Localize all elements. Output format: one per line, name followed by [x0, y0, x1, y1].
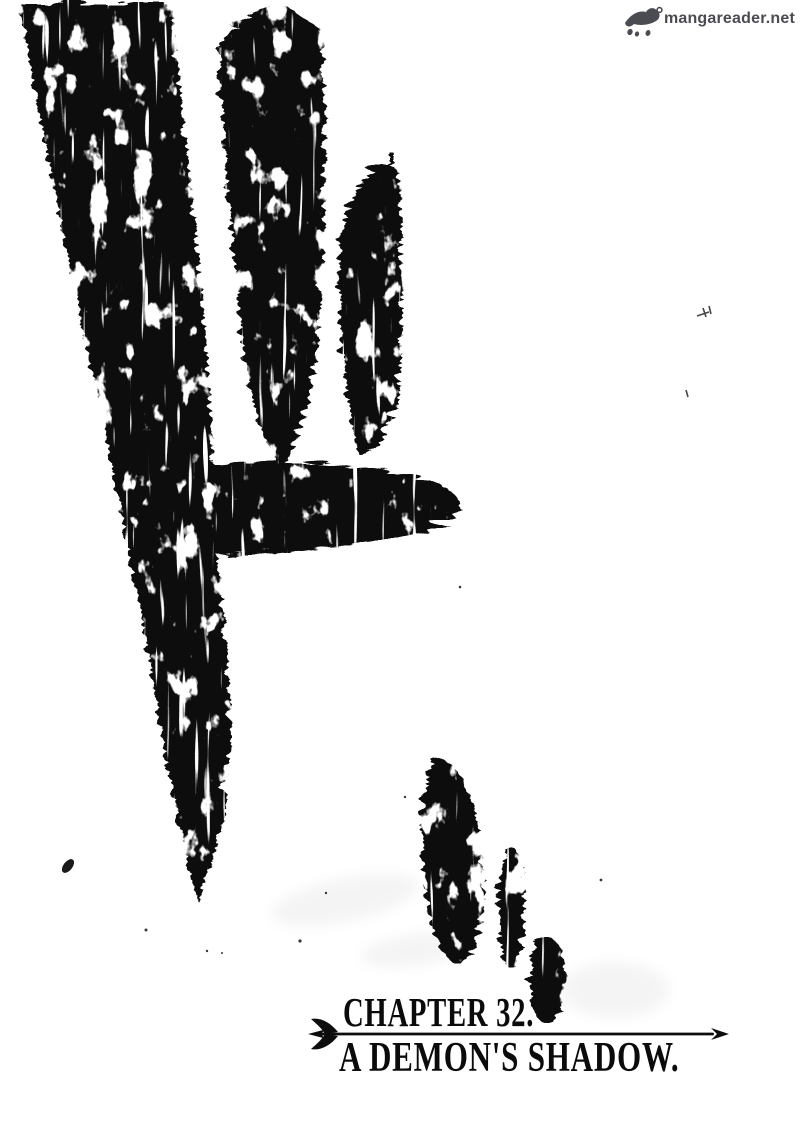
tiny-scribble-mark [686, 306, 711, 397]
ink-stroke-lower-right-sliver [495, 845, 521, 964]
manga-page[interactable]: CHAPTER 32. A DEMON'S SHADOW. mangareade… [0, 0, 800, 1148]
site-logo[interactable]: mangareader.net [625, 3, 795, 38]
ink-stroke-upper-middle [216, 3, 322, 462]
site-logo-text: mangareader.net [664, 10, 795, 28]
manga-artwork [0, 0, 800, 1148]
chapter-title: A DEMON'S SHADOW. [339, 1037, 679, 1079]
ink-splash-icon [625, 6, 663, 38]
ink-stroke-main-blade [18, 0, 227, 897]
chapter-number: CHAPTER 32. [343, 992, 534, 1033]
ink-stroke-horizontal-wedge [196, 458, 456, 556]
ink-stroke-lower-right-leaf [418, 755, 481, 958]
ink-hairline-spike [385, 148, 389, 212]
left-splatter-dash [60, 857, 77, 875]
degree-circle-icon [657, 8, 662, 13]
